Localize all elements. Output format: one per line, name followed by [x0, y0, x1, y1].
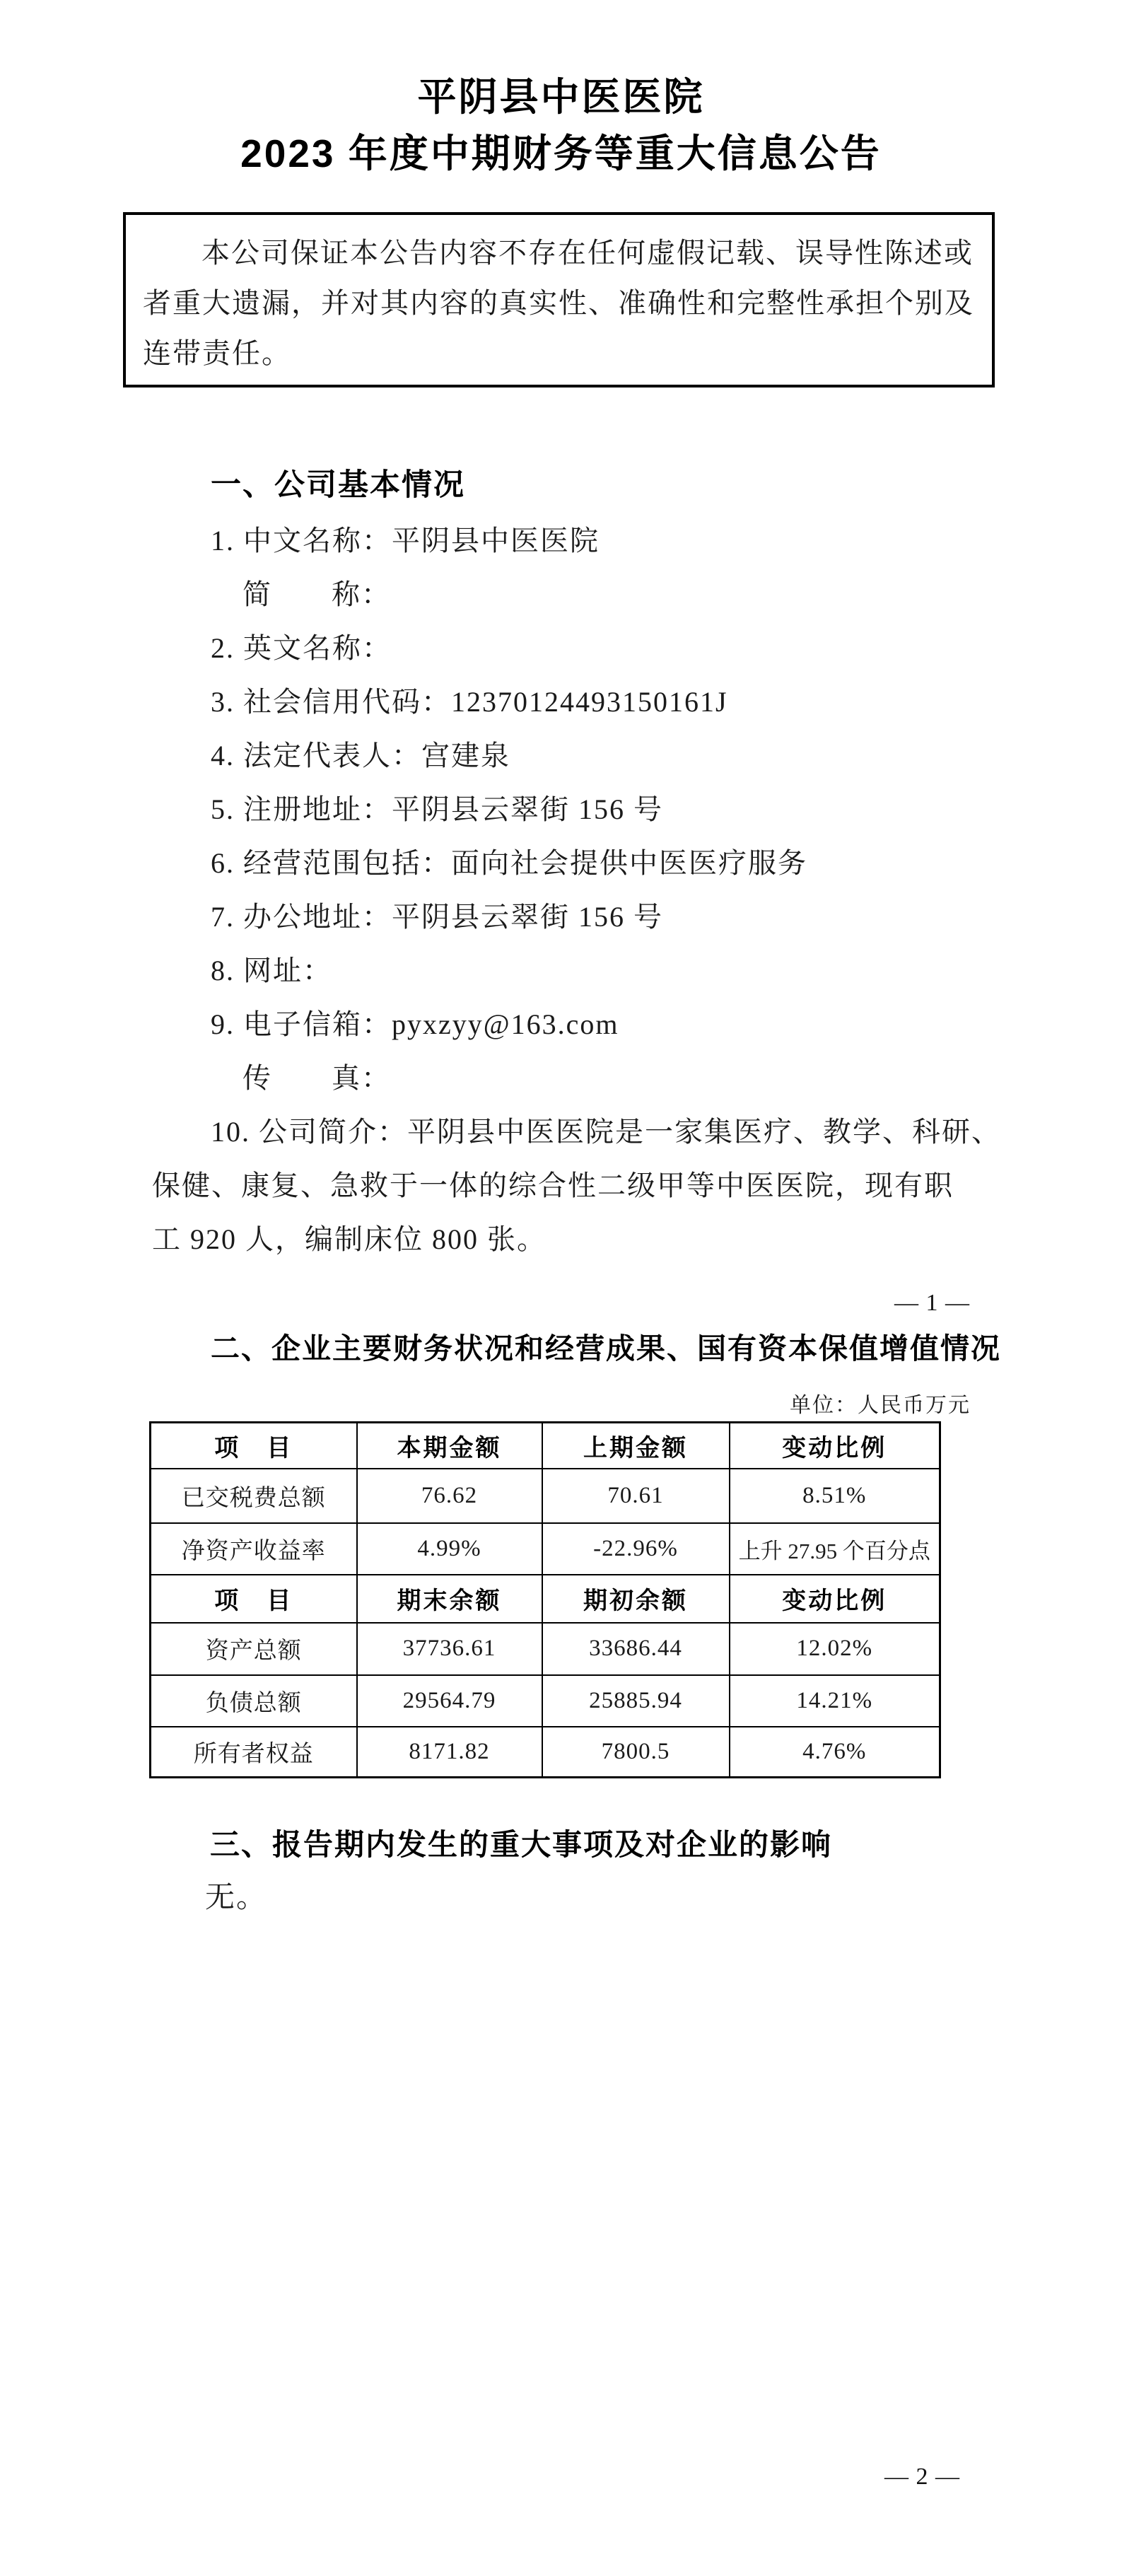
table-cell: -22.96%	[542, 1523, 730, 1575]
table-cell: 4.76%	[730, 1727, 940, 1778]
page-number-2: — 2 —	[152, 2464, 960, 2490]
company-info-list: 1. 中文名称：平阴县中医医院 简 称： 2. 英文名称： 3. 社会信用代码：…	[152, 514, 972, 1266]
table-cell: 8.51%	[730, 1469, 940, 1523]
table-header-cell: 期初余额	[542, 1575, 730, 1623]
table-cell: 33686.44	[542, 1623, 730, 1675]
table-header-cell: 变动比例	[730, 1575, 940, 1623]
table-cell: 70.61	[542, 1469, 730, 1523]
table-cell: 25885.94	[542, 1675, 730, 1727]
list-item: 传 真：	[152, 1051, 972, 1105]
document-title-line2: 2023 年度中期财务等重大信息公告	[0, 133, 1122, 174]
table-cell: 14.21%	[730, 1675, 940, 1727]
disclaimer-line: 本公司保证本公告内容不存在任何虚假记载、误导性陈述或	[143, 228, 975, 278]
disclaimer-box: 本公司保证本公告内容不存在任何虚假记载、误导性陈述或 者重大遗漏，并对其内容的真…	[123, 212, 995, 387]
table-cell: 4.99%	[357, 1523, 542, 1575]
section1-heading: 一、公司基本情况	[211, 461, 465, 504]
table-row: 资产总额 37736.61 33686.44 12.02%	[151, 1623, 940, 1675]
list-item: 简 称：	[152, 568, 972, 622]
table-cell: 上升 27.95 个百分点	[730, 1523, 940, 1575]
list-item: 3. 社会信用代码：12370124493150161J	[152, 675, 972, 729]
list-item: 工 920 人，编制床位 800 张。	[152, 1213, 972, 1266]
table-unit-note: 单位：人民币万元	[152, 1387, 971, 1418]
table-cell: 负债总额	[151, 1675, 357, 1727]
page-number-1: — 1 —	[152, 1290, 970, 1317]
financial-table: 项 目 本期金额 上期金额 变动比例 已交税费总额 76.62 70.61 8.…	[149, 1421, 941, 1778]
disclaimer-line: 者重大遗漏，并对其内容的真实性、准确性和完整性承担个别及	[143, 278, 975, 328]
section3-heading: 三、报告期内发生的重大事项及对企业的影响	[210, 1822, 832, 1864]
table-row: 已交税费总额 76.62 70.61 8.51%	[151, 1469, 940, 1523]
list-item: 2. 英文名称：	[152, 622, 972, 675]
table-cell: 76.62	[357, 1469, 542, 1523]
table-cell: 37736.61	[357, 1623, 542, 1675]
table-row: 所有者权益 8171.82 7800.5 4.76%	[151, 1727, 940, 1778]
table-header-cell: 变动比例	[730, 1423, 940, 1469]
table-cell: 所有者权益	[151, 1727, 357, 1778]
list-item: 6. 经营范围包括：面向社会提供中医医疗服务	[152, 837, 972, 890]
table-cell: 7800.5	[542, 1727, 730, 1778]
list-item: 10. 公司简介：平阴县中医医院是一家集医疗、教学、科研、	[152, 1105, 972, 1159]
list-item: 4. 法定代表人：宫建泉	[152, 729, 972, 783]
table-cell: 净资产收益率	[151, 1523, 357, 1575]
table-cell: 已交税费总额	[151, 1469, 357, 1523]
list-item: 1. 中文名称：平阴县中医医院	[152, 514, 972, 568]
table-cell: 29564.79	[357, 1675, 542, 1727]
disclaimer-line: 连带责任。	[143, 328, 975, 378]
table-header-row: 项 目 本期金额 上期金额 变动比例	[151, 1423, 940, 1469]
table-cell: 资产总额	[151, 1623, 357, 1675]
list-item: 9. 电子信箱：pyxzyy@163.com	[152, 998, 972, 1051]
list-item: 8. 网址：	[152, 944, 972, 998]
table-header-row: 项 目 期末余额 期初余额 变动比例	[151, 1575, 940, 1623]
disclaimer-text: 本公司保证本公告内容不存在任何虚假记载、误导性陈述或 者重大遗漏，并对其内容的真…	[143, 228, 975, 378]
table-header-cell: 本期金额	[357, 1423, 542, 1469]
list-item: 保健、康复、急救于一体的综合性二级甲等中医医院，现有职	[152, 1159, 972, 1213]
document-page: 平阴县中医医院 2023 年度中期财务等重大信息公告 本公司保证本公告内容不存在…	[0, 0, 1122, 2576]
table-cell: 8171.82	[357, 1727, 542, 1778]
section3-body: 无。	[205, 1874, 267, 1916]
document-title-line1: 平阴县中医医院	[0, 76, 1122, 117]
table-header-cell: 期末余额	[357, 1575, 542, 1623]
table-cell: 12.02%	[730, 1623, 940, 1675]
table-row: 净资产收益率 4.99% -22.96% 上升 27.95 个百分点	[151, 1523, 940, 1575]
table-row: 负债总额 29564.79 25885.94 14.21%	[151, 1675, 940, 1727]
table-header-cell: 上期金额	[542, 1423, 730, 1469]
list-item: 5. 注册地址：平阴县云翠街 156 号	[152, 783, 972, 837]
table-header-cell: 项 目	[151, 1423, 357, 1469]
section2-heading: 二、企业主要财务状况和经营成果、国有资本保值增值情况	[211, 1325, 1001, 1367]
table-header-cell: 项 目	[151, 1575, 357, 1623]
list-item: 7. 办公地址：平阴县云翠街 156 号	[152, 890, 972, 944]
